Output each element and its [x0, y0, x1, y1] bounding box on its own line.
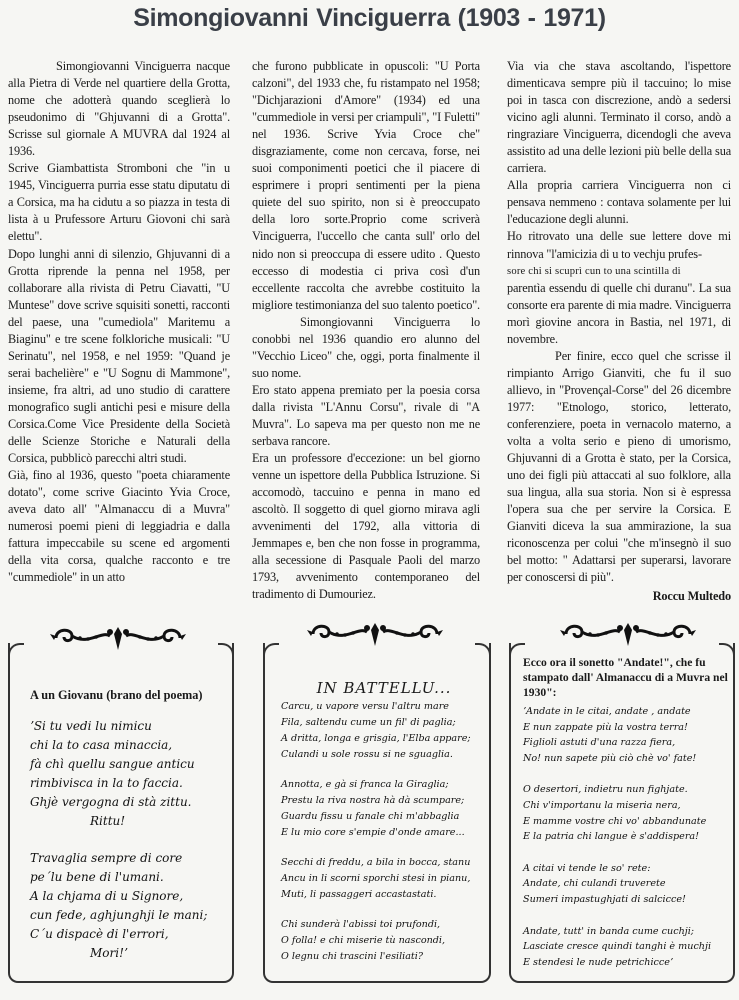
poem-line: O folla! e chi miserie tù nascondi,: [281, 933, 487, 949]
poem-line: E la patria chi langue è s'addispera!: [523, 829, 729, 845]
poem-line: A dritta, longa e grisgia, l'Elba appare…: [281, 731, 487, 747]
poem-line: rimbivisca in la to faccia.: [30, 774, 230, 793]
poem-line: Andate, tutt' in banda cume cuchji;: [523, 924, 729, 940]
paragraph: Già, fino al 1936, questo "poeta chiaram…: [8, 467, 230, 586]
poem-line: Sumeri impastughjati di salcicce!: [523, 892, 729, 908]
author-signature: Roccu Multedo: [507, 588, 731, 605]
poem-box-andate: Ecco ora il sonetto "Andate!", che fu st…: [509, 643, 735, 983]
article-column-2: che furono pubblicate in opuscoli: "U Po…: [252, 58, 480, 604]
article-column-1: Simongiovanni Vinciguerra nacque alla Pi…: [8, 58, 230, 586]
poem-line: E nun zappate più la vostra terra!: [523, 720, 729, 736]
paragraph: Per finire, ecco quel che scrisse il rim…: [507, 348, 731, 587]
paragraph: Simongiovanni Vinciguerra nacque alla Pi…: [8, 58, 230, 160]
poem-line: E lu mio core s'empie d'onde amare...: [281, 825, 487, 841]
paragraph: Via via che stava ascoltando, l'ispettor…: [507, 58, 731, 177]
paragraph: Simongiovanni Vinciguerra lo conobbi nel…: [252, 314, 480, 382]
poem-line: Culandi u sole rossu si ne sguaglia.: [281, 747, 487, 763]
poem-line: Travaglia sempre di core: [30, 849, 230, 868]
poem-line: E mamme vostre chi vo' abbandunate: [523, 814, 729, 830]
paragraph: che furono pubblicate in opuscoli: "U Po…: [252, 58, 480, 314]
poem-line: O legnu chi trascini l'esiliati?: [281, 949, 487, 965]
article-column-3: Via via che stava ascoltando, l'ispettor…: [507, 58, 731, 606]
poem-line: Annotta, e gà si franca la Giraglia;: [281, 777, 487, 793]
paragraph: Dopo lunghi anni di silenzio, Ghjuvanni …: [8, 246, 230, 468]
poem-line: Andate, chi culandi truverete: [523, 876, 729, 892]
poem-intro: Ecco ora il sonetto "Andate!", che fu st…: [523, 655, 729, 700]
poem-line: A la chjama di u Signore,: [30, 887, 230, 906]
poem-line: Fila, saltendu cume un fil' di paglia;: [281, 715, 487, 731]
paragraph: Alla propria carriera Vinciguerra non ci…: [507, 177, 731, 228]
poem-line: Figlioli astuti d'una razza fiera,: [523, 735, 729, 751]
poem-line: Carcu, u vapore versu l'altru mare: [281, 699, 487, 715]
paragraph: parentìa essendu di quelle chi duranu". …: [507, 280, 731, 348]
poem-line: fà chì quellu sangue anticu: [30, 755, 230, 774]
poem-line: Chi sunderà l'abissi toi prufondi,: [281, 917, 487, 933]
paragraph: Ero stato appena premiato per la poesia …: [252, 382, 480, 450]
poem-line: No! nun sapete più ciò chè vo' fate!: [523, 751, 729, 767]
poem-line: Chi v'importanu la miseria nera,: [523, 798, 729, 814]
poem-title: A un Giovanu (brano del poema): [30, 687, 230, 703]
paragraph-small-line: sore chi si scuprì cun to una scintilla …: [507, 263, 731, 280]
paragraph: Era un professore d'eccezione: un bel gi…: [252, 450, 480, 603]
poem-line: E stendesi le nude petrichicceʼ: [523, 955, 729, 971]
poem-line: cun fede, aghjunghji le mani;: [30, 906, 230, 925]
poem-line: Guardu fissu u fanale chi m'abbaglia: [281, 809, 487, 825]
poem-line: Mori!ʼ: [30, 944, 230, 963]
poem-line: Ghjè vergogna di stà zittu.: [30, 793, 230, 812]
poem-line: ʼSi tu vedi lu nimicu: [30, 717, 230, 736]
poem-line: Ancu in li scorni sporchi stesi in pianu…: [281, 871, 487, 887]
poem-line: A citai vi tende le so' rete:: [523, 861, 729, 877]
paragraph: Scrive Giambattista Stromboni che "in u …: [8, 160, 230, 245]
poem-line: O desertori, indietru nun fighjate.: [523, 782, 729, 798]
poem-line: Muti, li passaggeri accastastati.: [281, 887, 487, 903]
page-title: Simongiovanni Vinciguerra (1903 - 1971): [0, 4, 739, 33]
paragraph: Ho ritrovato una delle sue lettere dove …: [507, 228, 731, 262]
poem-line: chi la to casa minaccia,: [30, 736, 230, 755]
poem-box-in-battellu: IN BATTELLU... Carcu, u vapore versu l'a…: [263, 643, 491, 983]
poem-line: ʼAndate in le citai, andate , andate: [523, 704, 729, 720]
poem-line: Rittu!: [30, 812, 230, 831]
poem-box-a-un-giovanu: A un Giovanu (brano del poema) ʼSi tu ve…: [8, 643, 234, 983]
poem-line: Lasciate cresce quindi tanghi è muchji: [523, 939, 729, 955]
poem-line: Prestu la riva nostra hà dà scumpare;: [281, 793, 487, 809]
poem-title: IN BATTELLU...: [281, 679, 487, 697]
poem-line: C´u dispacè di l'errori,: [30, 925, 230, 944]
poem-line: pe´lu bene di l'umani.: [30, 868, 230, 887]
poem-line: Secchi di freddu, a bila in bocca, stanu: [281, 855, 487, 871]
